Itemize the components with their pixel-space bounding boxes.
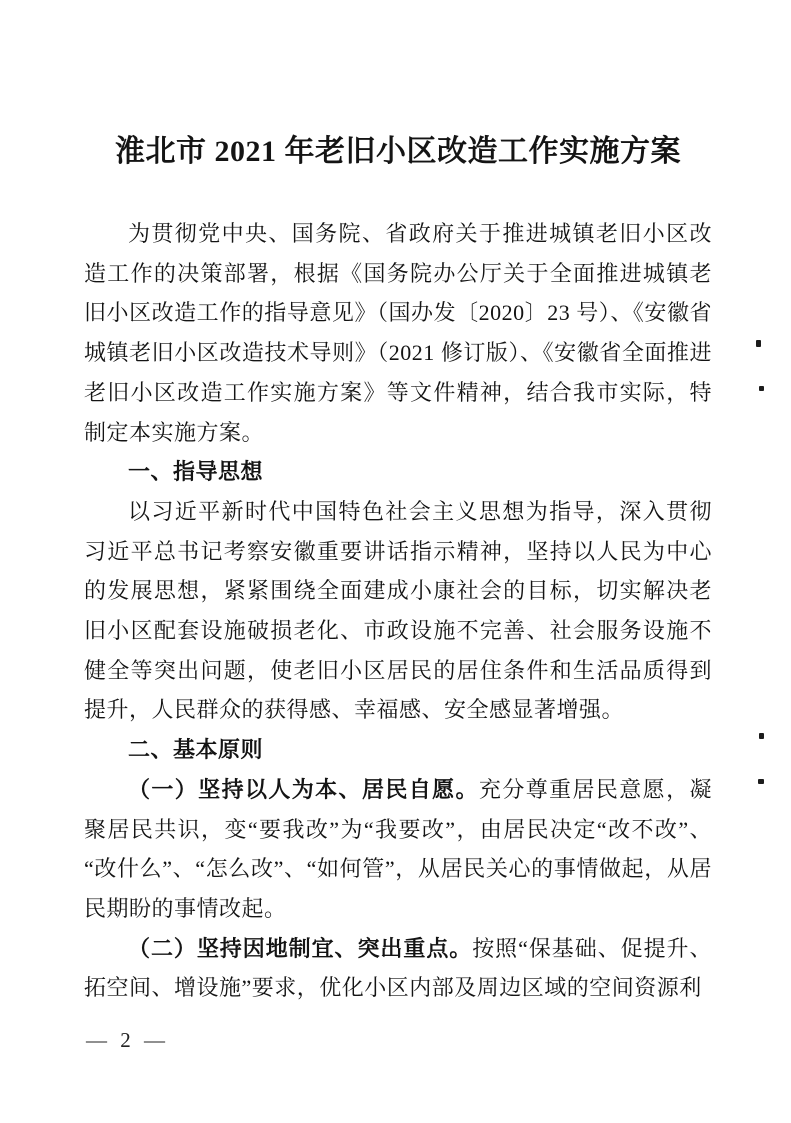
scan-speck [758, 779, 764, 784]
body-paragraph: 以习近平新时代中国特色社会主义思想为指导，深入贯彻习近平总书记考察安徽重要讲话指… [84, 492, 712, 730]
document-page: 淮北市 2021 年老旧小区改造工作实施方案 为贯彻党中央、国务院、省政府关于推… [0, 0, 791, 1123]
scan-speck [759, 386, 764, 391]
document-title: 淮北市 2021 年老旧小区改造工作实施方案 [84, 131, 712, 173]
body-paragraph: 为贯彻党中央、国务院、省政府关于推进城镇老旧小区改造工作的决策部署，根据《国务院… [84, 214, 712, 452]
document-content: 淮北市 2021 年老旧小区改造工作实施方案 为贯彻党中央、国务院、省政府关于推… [84, 131, 712, 1008]
document-body: 为贯彻党中央、国务院、省政府关于推进城镇老旧小区改造工作的决策部署，根据《国务院… [84, 214, 712, 1008]
item-paragraph: （一）坚持以人为本、居民自愿。充分尊重居民意愿，凝聚居民共识，变“要我改”为“我… [84, 770, 712, 929]
page-number: — 2 — [86, 1026, 169, 1054]
section-heading: 二、基本原则 [84, 730, 712, 770]
scan-speck [756, 340, 761, 347]
item-paragraph: （二）坚持因地制宜、突出重点。按照“保基础、促提升、拓空间、增设施”要求，优化小… [84, 929, 712, 1008]
scan-speck [759, 733, 764, 739]
item-lead: （一）坚持以人为本、居民自愿。 [128, 777, 479, 802]
section-heading: 一、指导思想 [84, 452, 712, 492]
item-lead: （二）坚持因地制宜、突出重点。 [128, 936, 472, 961]
